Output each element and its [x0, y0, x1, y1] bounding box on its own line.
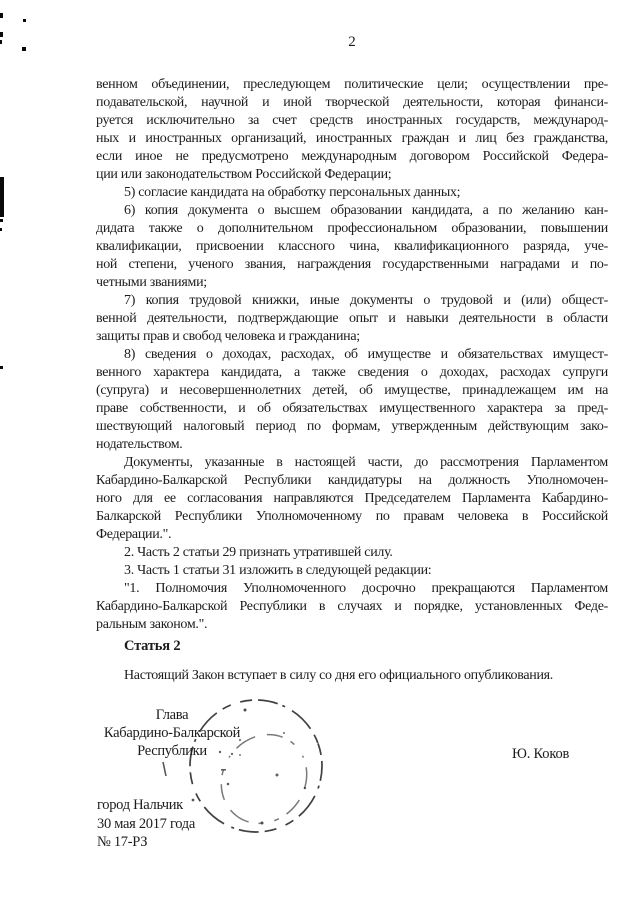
signatory-name: Ю. Коков: [512, 746, 569, 763]
scan-artifact: [0, 228, 2, 231]
body-line: ральным законом.".: [96, 616, 608, 634]
scan-artifact: [0, 32, 3, 37]
body-line: ции или законодательством Российской Фед…: [96, 166, 608, 184]
body-line: подавательской, научной и иной творческо…: [96, 94, 608, 112]
body-line: 7) копия трудовой книжки, иные документы…: [96, 292, 608, 310]
scan-artifact: [0, 40, 2, 44]
body-line: 5) согласие кандидата на обработку персо…: [96, 184, 608, 202]
scanned-document-page: 2 венном объединении, преследующем полит…: [0, 0, 640, 905]
body-line: "1. Полномочия Уполномоченного досрочно …: [96, 580, 608, 598]
signatory-title-line: Кабардино-Балкарской: [92, 724, 252, 742]
body-line: ных и иностранных организаций, иностранн…: [96, 130, 608, 148]
body-line: Кабардино-Балкарской Республики в случая…: [96, 598, 608, 616]
body-text: венном объединении, преследующем политич…: [96, 76, 608, 634]
issuance-block: город Нальчик30 мая 2017 года№ 17-РЗ: [97, 796, 195, 852]
body-line: Балкарской Республики Уполномоченному по…: [96, 508, 608, 526]
body-line: венном объединении, преследующем политич…: [96, 76, 608, 94]
signatory-title-line: Глава: [92, 706, 252, 724]
body-line: если иное не предусмотрено международным…: [96, 148, 608, 166]
body-line: венного характера кандидата, а также све…: [96, 364, 608, 382]
body-line: Документы, указанные в настоящей части, …: [96, 454, 608, 472]
scan-artifact: [22, 47, 26, 51]
body-line: четными званиями;: [96, 274, 608, 292]
body-line: Кабардино-Балкарской Республики кандидат…: [96, 472, 608, 490]
scan-artifact: [0, 13, 3, 18]
scan-artifact: [0, 366, 3, 369]
body-line: шествующий налоговый период по формам, у…: [96, 418, 608, 436]
article-heading: Статья 2: [96, 638, 608, 655]
signatory-title-line: Республики: [92, 742, 252, 760]
scan-artifact: [0, 219, 3, 222]
body-line: руется исключительно за счет средств ино…: [96, 112, 608, 130]
article-2-section: Статья 2 Настоящий Закон вступает в силу…: [96, 638, 608, 684]
body-line: Федерации.".: [96, 526, 608, 544]
body-line: ного для ее согласования направляются Пр…: [96, 490, 608, 508]
body-line: нодательством.: [96, 436, 608, 454]
body-line: праве собственности, и об обязательствах…: [96, 400, 608, 418]
body-line: квалификации, присвоении классного чина,…: [96, 238, 608, 256]
scan-artifact: [0, 177, 4, 217]
body-line: 2. Часть 2 статьи 29 признать утратившей…: [96, 544, 608, 562]
body-line: защиты прав и свобод человека и граждани…: [96, 328, 608, 346]
scan-artifact: [23, 19, 26, 22]
body-line: дидата также о дополнительном профессион…: [96, 220, 608, 238]
article-text: Настоящий Закон вступает в силу со дня е…: [96, 668, 608, 684]
body-line: 6) копия документа о высшем образовании …: [96, 202, 608, 220]
body-line: венной деятельности, подтверждающие опыт…: [96, 310, 608, 328]
page-number: 2: [96, 34, 608, 51]
body-line: 3. Часть 1 статьи 31 изложить в следующе…: [96, 562, 608, 580]
issuance-line: № 17-РЗ: [97, 833, 195, 852]
body-line: 8) сведения о доходах, расходах, об имущ…: [96, 346, 608, 364]
body-line: ной степени, ученого звания, награждения…: [96, 256, 608, 274]
body-line: (супруга) и несовершеннолетних детей, об…: [96, 382, 608, 400]
issuance-line: город Нальчик: [97, 796, 195, 815]
issuance-line: 30 мая 2017 года: [97, 815, 195, 834]
signatory-title: ГлаваКабардино-БалкарскойРеспублики: [92, 706, 252, 760]
